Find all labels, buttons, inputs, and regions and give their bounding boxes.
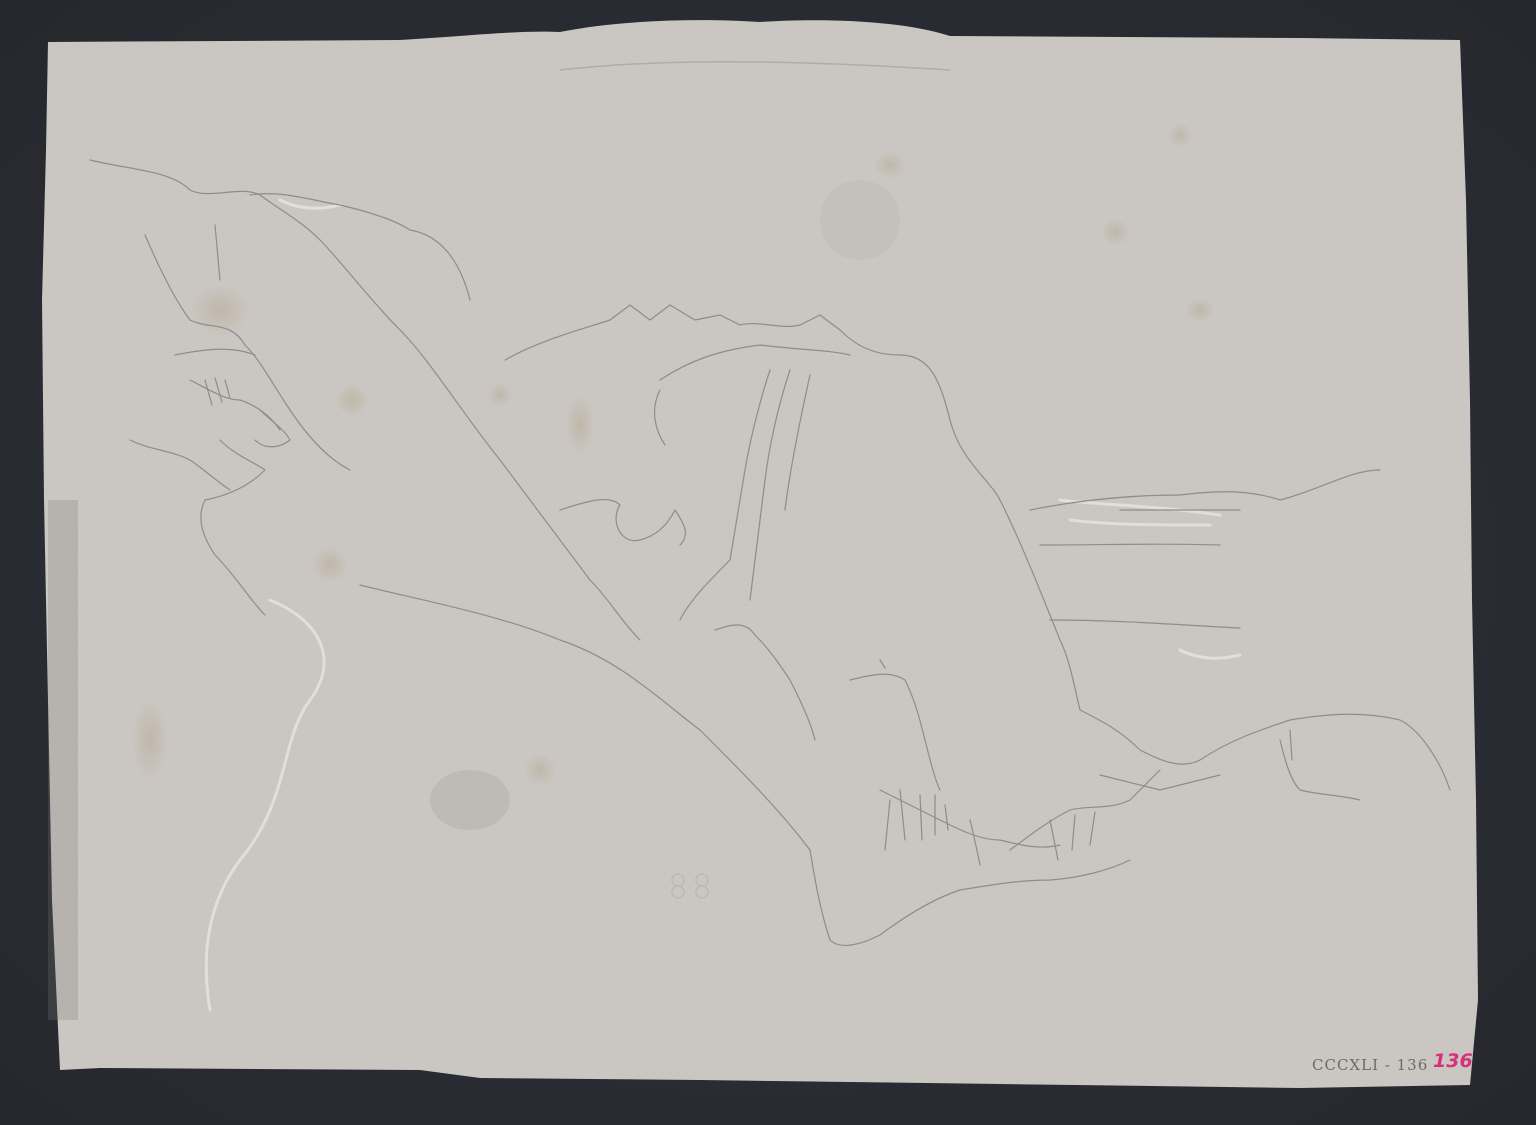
sketch-paper — [0, 0, 1536, 1125]
folio-number: 136 — [1433, 1050, 1473, 1072]
catalogue-number: CCCXLI - 136 — [1312, 1056, 1428, 1074]
